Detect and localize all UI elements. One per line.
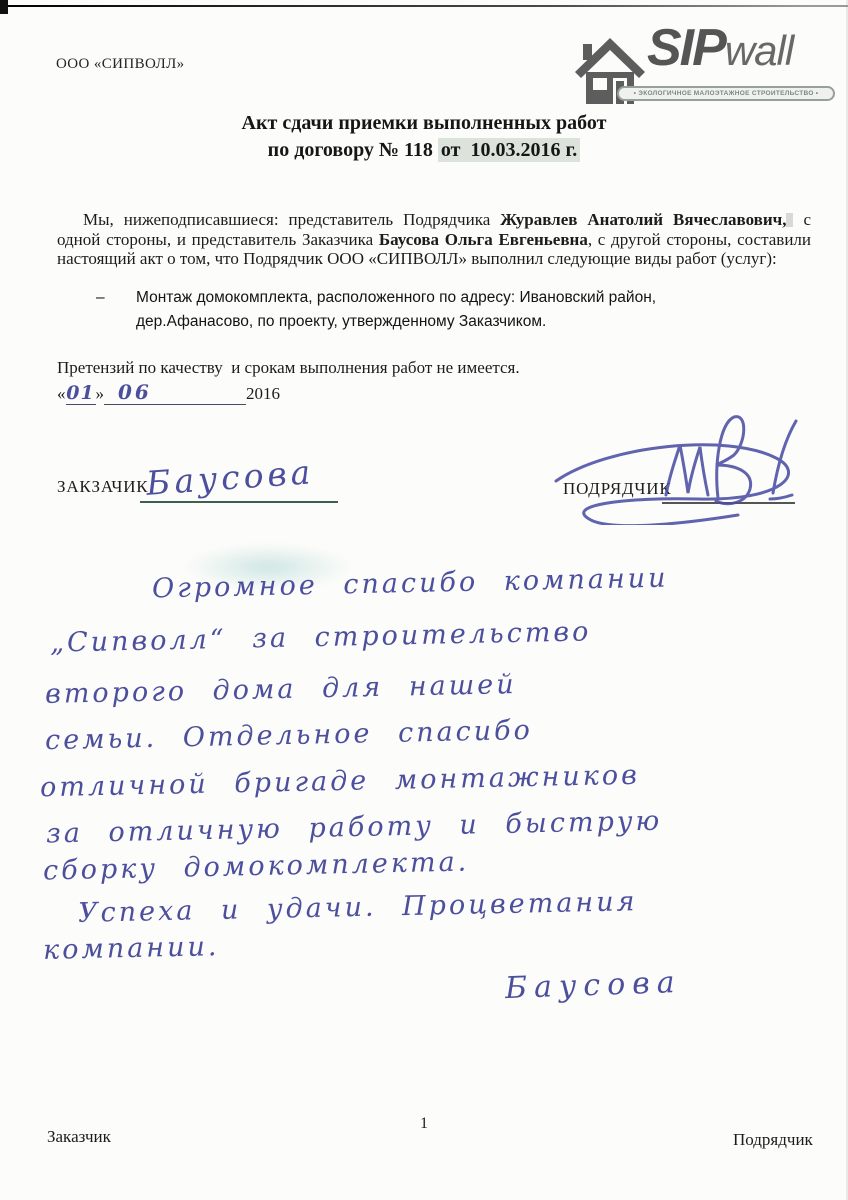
contract-number: по договору № 118 (268, 139, 438, 161)
handwritten-month: 06 (118, 380, 152, 404)
handwritten-note-line: Успеха и удачи. Процветания (78, 886, 638, 929)
body-paragraph: Мы, нижеподписавшиеся: представитель Под… (57, 210, 811, 269)
handwritten-note-line: семьи. Отдельное спасибо (45, 715, 533, 756)
handwritten-note-line: за отличную работу и быструю (46, 806, 663, 850)
company-name: ООО «СИПВОЛЛ» (56, 56, 185, 73)
page-number: 1 (0, 1115, 848, 1133)
scan-edge-artifact-top (0, 5, 848, 7)
logo-sip-text: SIP (647, 19, 725, 77)
handwritten-note-line: компании. (43, 931, 220, 966)
list-dash-marker: – (96, 286, 136, 333)
contract-date-highlight: от 10.03.2016 г. (438, 138, 580, 162)
document-title-line1: Акт сдачи приемки выполненных работ (0, 110, 848, 137)
handwritten-day: 01 (66, 382, 94, 404)
customer-signature: Баусова (145, 452, 316, 503)
footer-contractor-label: Подрядчик (733, 1130, 813, 1150)
handwritten-note-line: сборку домокомплекта. (43, 847, 470, 887)
day-blank: 01 (66, 382, 96, 405)
document-title: Акт сдачи приемки выполненных работ по д… (0, 110, 848, 164)
scanned-document-page: ООО «СИПВОЛЛ» SIPwall • ЭКОЛОГИЧНОЕ МАЛО… (0, 0, 848, 1200)
customer-signature-line (140, 501, 338, 503)
scan-edge-artifact-corner (0, 0, 8, 14)
logo-wall-text: wall (725, 27, 793, 74)
logo-tagline: • ЭКОЛОГИЧНОЕ МАЛОЭТАЖНОЕ СТРОИТЕЛЬСТВО … (617, 86, 835, 101)
document-title-line2: по договору № 118 от 10.03.2016 г. (0, 137, 848, 164)
month-blank: 06 (104, 380, 246, 405)
handwritten-note-line: отличной бригаде монтажников (40, 760, 640, 804)
handwritten-note-line: второго дома для нашей (45, 669, 517, 710)
contractor-representative-name: Журавлев Анатолий Вячеславович, (500, 210, 786, 229)
work-item: – Монтаж домокомплекта, расположенного п… (96, 286, 764, 333)
year-text: 2016 (246, 384, 280, 403)
handwritten-note-line: „Сипволл“ за строительство (50, 616, 592, 658)
contractor-signature (538, 403, 820, 525)
customer-representative-name: Баусова Ольга Евгеньевна (379, 230, 588, 249)
sipwall-logo: SIPwall • ЭКОЛОГИЧНОЕ МАЛОЭТАЖНОЕ СТРОИТ… (573, 26, 831, 108)
final-handwritten-signature: Баусова (504, 965, 682, 1006)
logo-wordmark: SIPwall (647, 18, 793, 78)
body-text: Мы, нижеподписавшиеся: представитель Под… (83, 210, 500, 229)
close-quote: » (96, 384, 105, 403)
claims-statement: Претензий по качеству и срокам выполнени… (57, 358, 520, 378)
date-line: «01»062016 (57, 380, 280, 405)
work-item-text: Монтаж домокомплекта, расположенного по … (136, 286, 756, 333)
open-quote: « (57, 384, 66, 403)
customer-signature-label: ЗАКЗАЧИК (57, 477, 148, 497)
